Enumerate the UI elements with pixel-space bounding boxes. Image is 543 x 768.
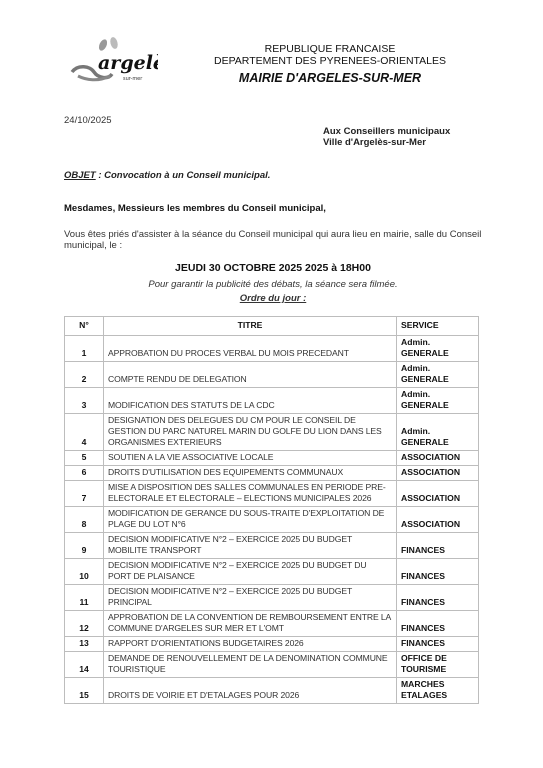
- cell-titre: MODIFICATION DES STATUTS DE LA CDC: [104, 388, 397, 414]
- svg-text:sur-mer: sur-mer: [123, 76, 143, 82]
- table-row: 15DROITS DE VOIRIE ET D'ETALAGES POUR 20…: [65, 678, 479, 704]
- table-row: 11DECISION MODIFICATIVE N°2 – EXERCICE 2…: [65, 585, 479, 611]
- cell-titre: DROITS D'UTILISATION DES EQUIPEMENTS COM…: [104, 466, 397, 481]
- cell-service: FINANCES: [397, 559, 479, 585]
- cell-num: 13: [65, 637, 104, 652]
- subject-text: : Convocation à un Conseil municipal.: [96, 170, 271, 181]
- cell-service: FINANCES: [397, 637, 479, 652]
- cell-num: 6: [65, 466, 104, 481]
- table-row: 7MISE A DISPOSITION DES SALLES COMMUNALE…: [65, 481, 479, 507]
- cell-service: ASSOCIATION: [397, 507, 479, 533]
- cell-service: FINANCES: [397, 533, 479, 559]
- table-row: 1APPROBATION DU PROCES VERBAL DU MOIS PR…: [65, 336, 479, 362]
- session-datetime: JEUDI 30 OCTOBRE 2025 2025 à 18H00: [64, 262, 482, 274]
- cell-service: FINANCES: [397, 585, 479, 611]
- cell-num: 5: [65, 451, 104, 466]
- cell-titre: COMPTE RENDU DE DELEGATION: [104, 362, 397, 388]
- intro-paragraph: Vous êtes priés d'assister à la séance d…: [64, 229, 482, 251]
- cell-titre: APPROBATION DE LA CONVENTION DE REMBOURS…: [104, 611, 397, 637]
- table-row: 5SOUTIEN A LA VIE ASSOCIATIVE LOCALEASSO…: [65, 451, 479, 466]
- agenda-heading: Ordre du jour :: [64, 293, 482, 304]
- table-row: 10DECISION MODIFICATIVE N°2 – EXERCICE 2…: [65, 559, 479, 585]
- recipient-line-1: Aux Conseillers municipaux: [323, 126, 450, 137]
- svg-text:argelès: argelès: [98, 52, 158, 74]
- cell-num: 15: [65, 678, 104, 704]
- subject-line: OBJET : Convocation à un Conseil municip…: [64, 170, 270, 181]
- cell-titre: MODIFICATION DE GERANCE DU SOUS-TRAITE D…: [104, 507, 397, 533]
- cell-service: MARCHES ETALAGES: [397, 678, 479, 704]
- cell-service: OFFICE DE TOURISME: [397, 652, 479, 678]
- table-row: 6DROITS D'UTILISATION DES EQUIPEMENTS CO…: [65, 466, 479, 481]
- publicity-notice: Pour garantir la publicité des débats, l…: [64, 279, 482, 290]
- salutation: Mesdames, Messieurs les membres du Conse…: [64, 203, 326, 214]
- table-row: 2COMPTE RENDU DE DELEGATIONAdmin. GENERA…: [65, 362, 479, 388]
- cell-num: 12: [65, 611, 104, 637]
- cell-titre: SOUTIEN A LA VIE ASSOCIATIVE LOCALE: [104, 451, 397, 466]
- cell-num: 8: [65, 507, 104, 533]
- cell-num: 2: [65, 362, 104, 388]
- table-row: 12APPROBATION DE LA CONVENTION DE REMBOU…: [65, 611, 479, 637]
- table-row: 13RAPPORT D'ORIENTATIONS BUDGETAIRES 202…: [65, 637, 479, 652]
- logo-leaves-icon: argelès sur-mer: [68, 36, 158, 86]
- cell-service: Admin. GENERALE: [397, 388, 479, 414]
- cell-num: 3: [65, 388, 104, 414]
- argeles-logo: argelès sur-mer: [68, 36, 158, 86]
- header-num: N°: [65, 317, 104, 336]
- agenda-table: N° TITRE SERVICE 1APPROBATION DU PROCES …: [64, 316, 479, 704]
- cell-titre: DROITS DE VOIRIE ET D'ETALAGES POUR 2026: [104, 678, 397, 704]
- cell-service: ASSOCIATION: [397, 481, 479, 507]
- cell-titre: APPROBATION DU PROCES VERBAL DU MOIS PRE…: [104, 336, 397, 362]
- cell-service: FINANCES: [397, 611, 479, 637]
- table-row: 3MODIFICATION DES STATUTS DE LA CDCAdmin…: [65, 388, 479, 414]
- cell-titre: DEMANDE DE RENOUVELLEMENT DE LA DENOMINA…: [104, 652, 397, 678]
- cell-service: ASSOCIATION: [397, 451, 479, 466]
- cell-num: 4: [65, 414, 104, 451]
- cell-titre: DESIGNATION DES DELEGUES DU CM POUR LE C…: [104, 414, 397, 451]
- cell-service: Admin. GENERALE: [397, 414, 479, 451]
- cell-service: ASSOCIATION: [397, 466, 479, 481]
- cell-titre: RAPPORT D'ORIENTATIONS BUDGETAIRES 2026: [104, 637, 397, 652]
- subject-label: OBJET: [64, 170, 96, 181]
- table-row: 9DECISION MODIFICATIVE N°2 – EXERCICE 20…: [65, 533, 479, 559]
- cell-num: 7: [65, 481, 104, 507]
- cell-service: Admin. GENERALE: [397, 362, 479, 388]
- cell-num: 9: [65, 533, 104, 559]
- header-mairie: MAIRIE D'ARGELES-SUR-MER: [200, 71, 460, 85]
- header-titre: TITRE: [104, 317, 397, 336]
- table-row: 8MODIFICATION DE GERANCE DU SOUS-TRAITE …: [65, 507, 479, 533]
- cell-titre: DECISION MODIFICATIVE N°2 – EXERCICE 202…: [104, 533, 397, 559]
- table-row: 14DEMANDE DE RENOUVELLEMENT DE LA DENOMI…: [65, 652, 479, 678]
- cell-service: Admin. GENERALE: [397, 336, 479, 362]
- cell-titre: MISE A DISPOSITION DES SALLES COMMUNALES…: [104, 481, 397, 507]
- header-departement: DEPARTEMENT DES PYRENEES-ORIENTALES: [200, 55, 460, 67]
- cell-titre: DECISION MODIFICATIVE N°2 – EXERCICE 202…: [104, 559, 397, 585]
- cell-num: 1: [65, 336, 104, 362]
- cell-num: 10: [65, 559, 104, 585]
- recipient-line-2: Ville d'Argelès-sur-Mer: [323, 137, 426, 148]
- document-date: 24/10/2025: [64, 115, 112, 126]
- cell-num: 11: [65, 585, 104, 611]
- table-header-row: N° TITRE SERVICE: [65, 317, 479, 336]
- cell-titre: DECISION MODIFICATIVE N°2 – EXERCICE 202…: [104, 585, 397, 611]
- header-republique: REPUBLIQUE FRANCAISE: [200, 43, 460, 55]
- table-row: 4DESIGNATION DES DELEGUES DU CM POUR LE …: [65, 414, 479, 451]
- agenda-heading-text: Ordre du jour :: [240, 293, 307, 304]
- cell-num: 14: [65, 652, 104, 678]
- header-service: SERVICE: [397, 317, 479, 336]
